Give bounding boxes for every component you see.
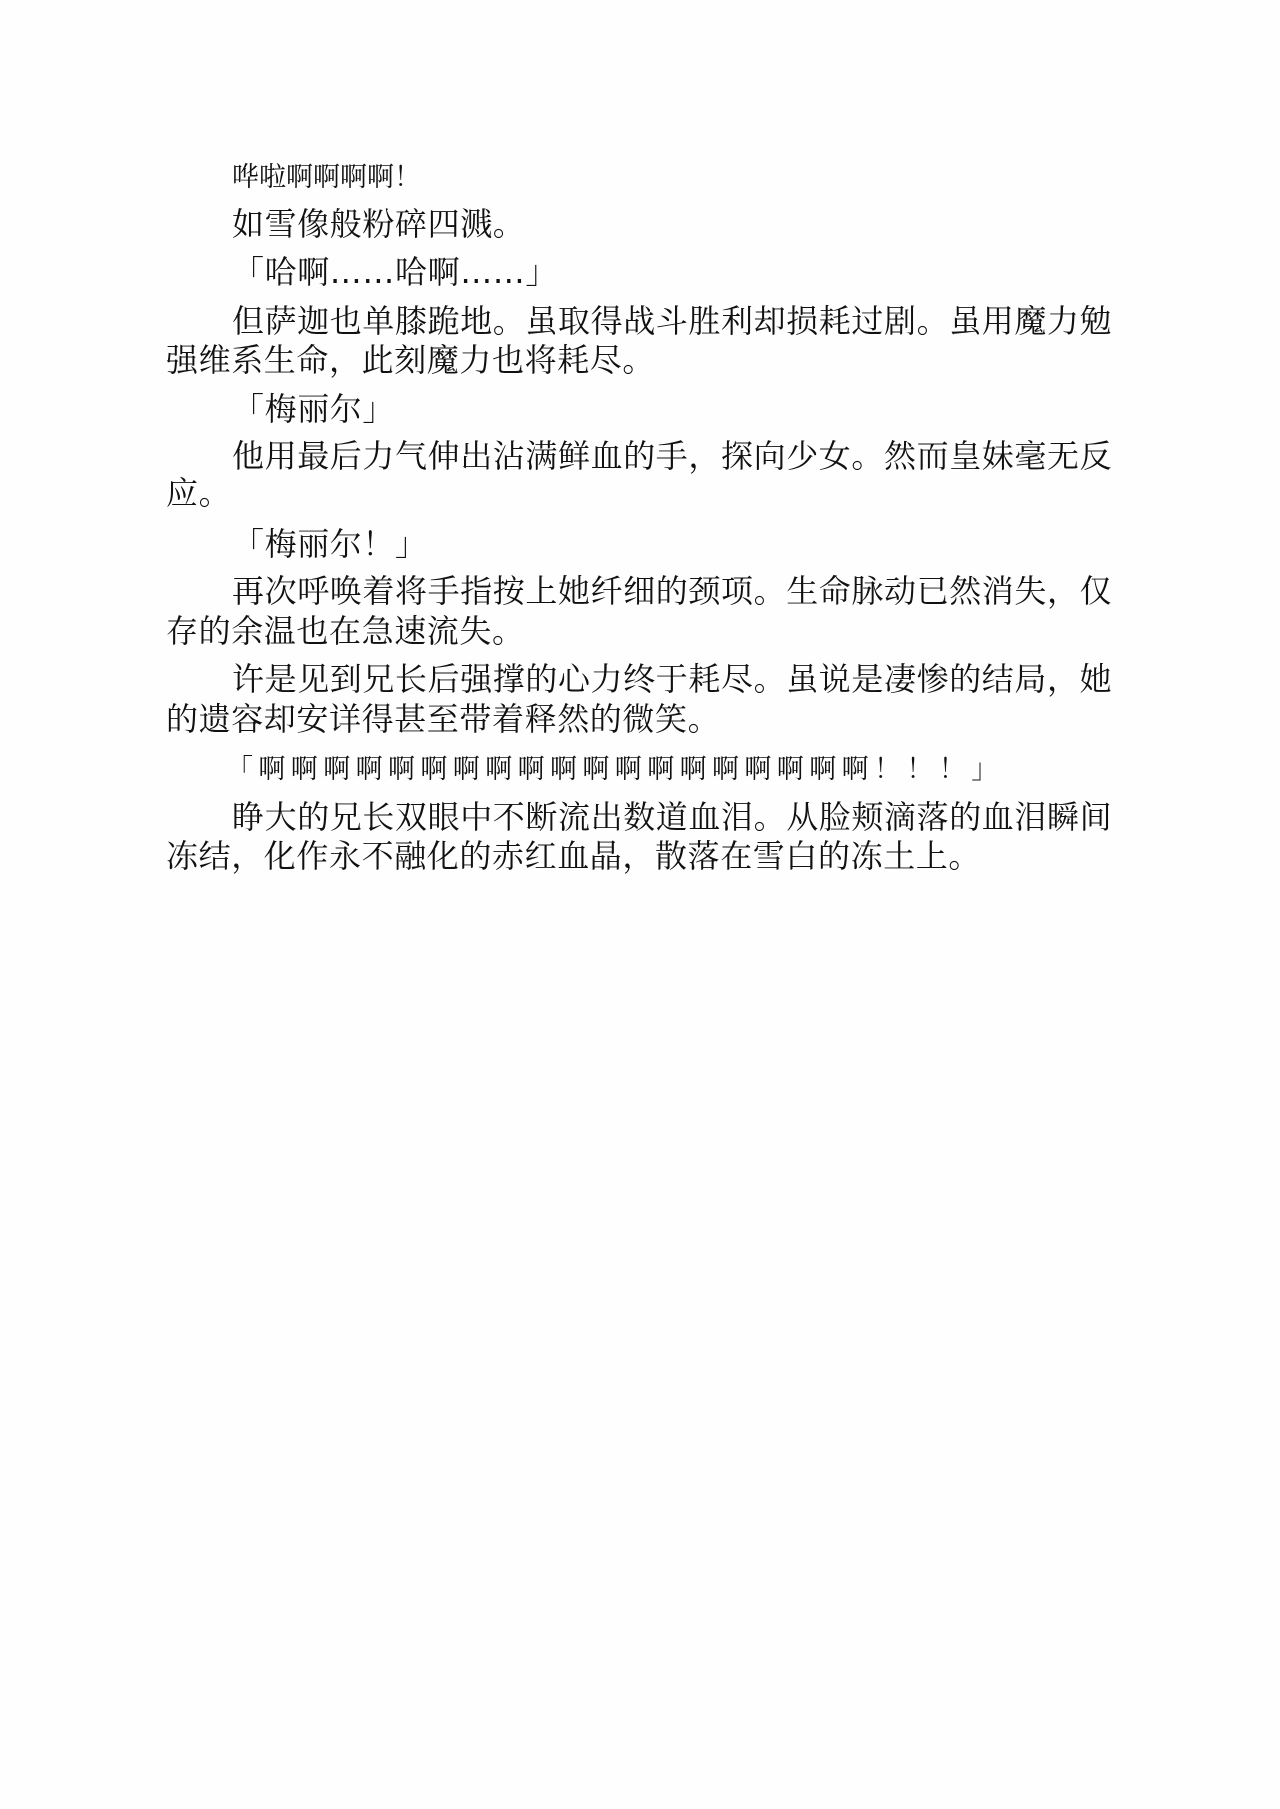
paragraph-line: 存的余温也在急速流失。 [166, 613, 525, 649]
dialogue-line: 「梅丽尔！」 [232, 526, 428, 562]
paragraph-line: 哗啦啊啊啊啊！ [232, 160, 421, 196]
paragraph-line: 睁大的兄长双眼中不断流出数道血泪。从脸颊滴落的血泪瞬间 [232, 799, 1112, 835]
paragraph-line: 冻结，化作永不融化的赤红血晶，散落在雪白的冻土上。 [166, 838, 981, 874]
paragraph-line: 但萨迦也单膝跪地。虽取得战斗胜利却损耗过剧。虽用魔力勉 [232, 303, 1112, 339]
paragraph-line: 如雪像般粉碎四溅。 [232, 206, 525, 242]
paragraph-line: 强维系生命，此刻魔力也将耗尽。 [166, 342, 655, 378]
dialogue-line: 「啊啊啊啊啊啊啊啊啊啊啊啊啊啊啊啊啊啊啊！！！」 [226, 752, 1004, 788]
paragraph-line: 他用最后力气伸出沾满鲜血的手，探向少女。然而皇妹毫无反 [232, 438, 1112, 474]
paragraph-line: 再次呼唤着将手指按上她纤细的颈项。生命脉动已然消失，仅 [232, 573, 1112, 609]
paragraph-line: 的遗容却安详得甚至带着释然的微笑。 [166, 701, 720, 737]
document-page: 哗啦啊啊啊啊！ 如雪像般粉碎四溅。 「哈啊……哈啊……」 但萨迦也单膝跪地。虽取… [0, 0, 1280, 1809]
dialogue-line: 「哈啊……哈啊……」 [232, 254, 558, 290]
paragraph-line: 应。 [166, 475, 231, 511]
dialogue-line: 「梅丽尔」 [232, 391, 395, 427]
paragraph-line: 许是见到兄长后强撑的心力终于耗尽。虽说是凄惨的结局，她 [232, 661, 1112, 697]
